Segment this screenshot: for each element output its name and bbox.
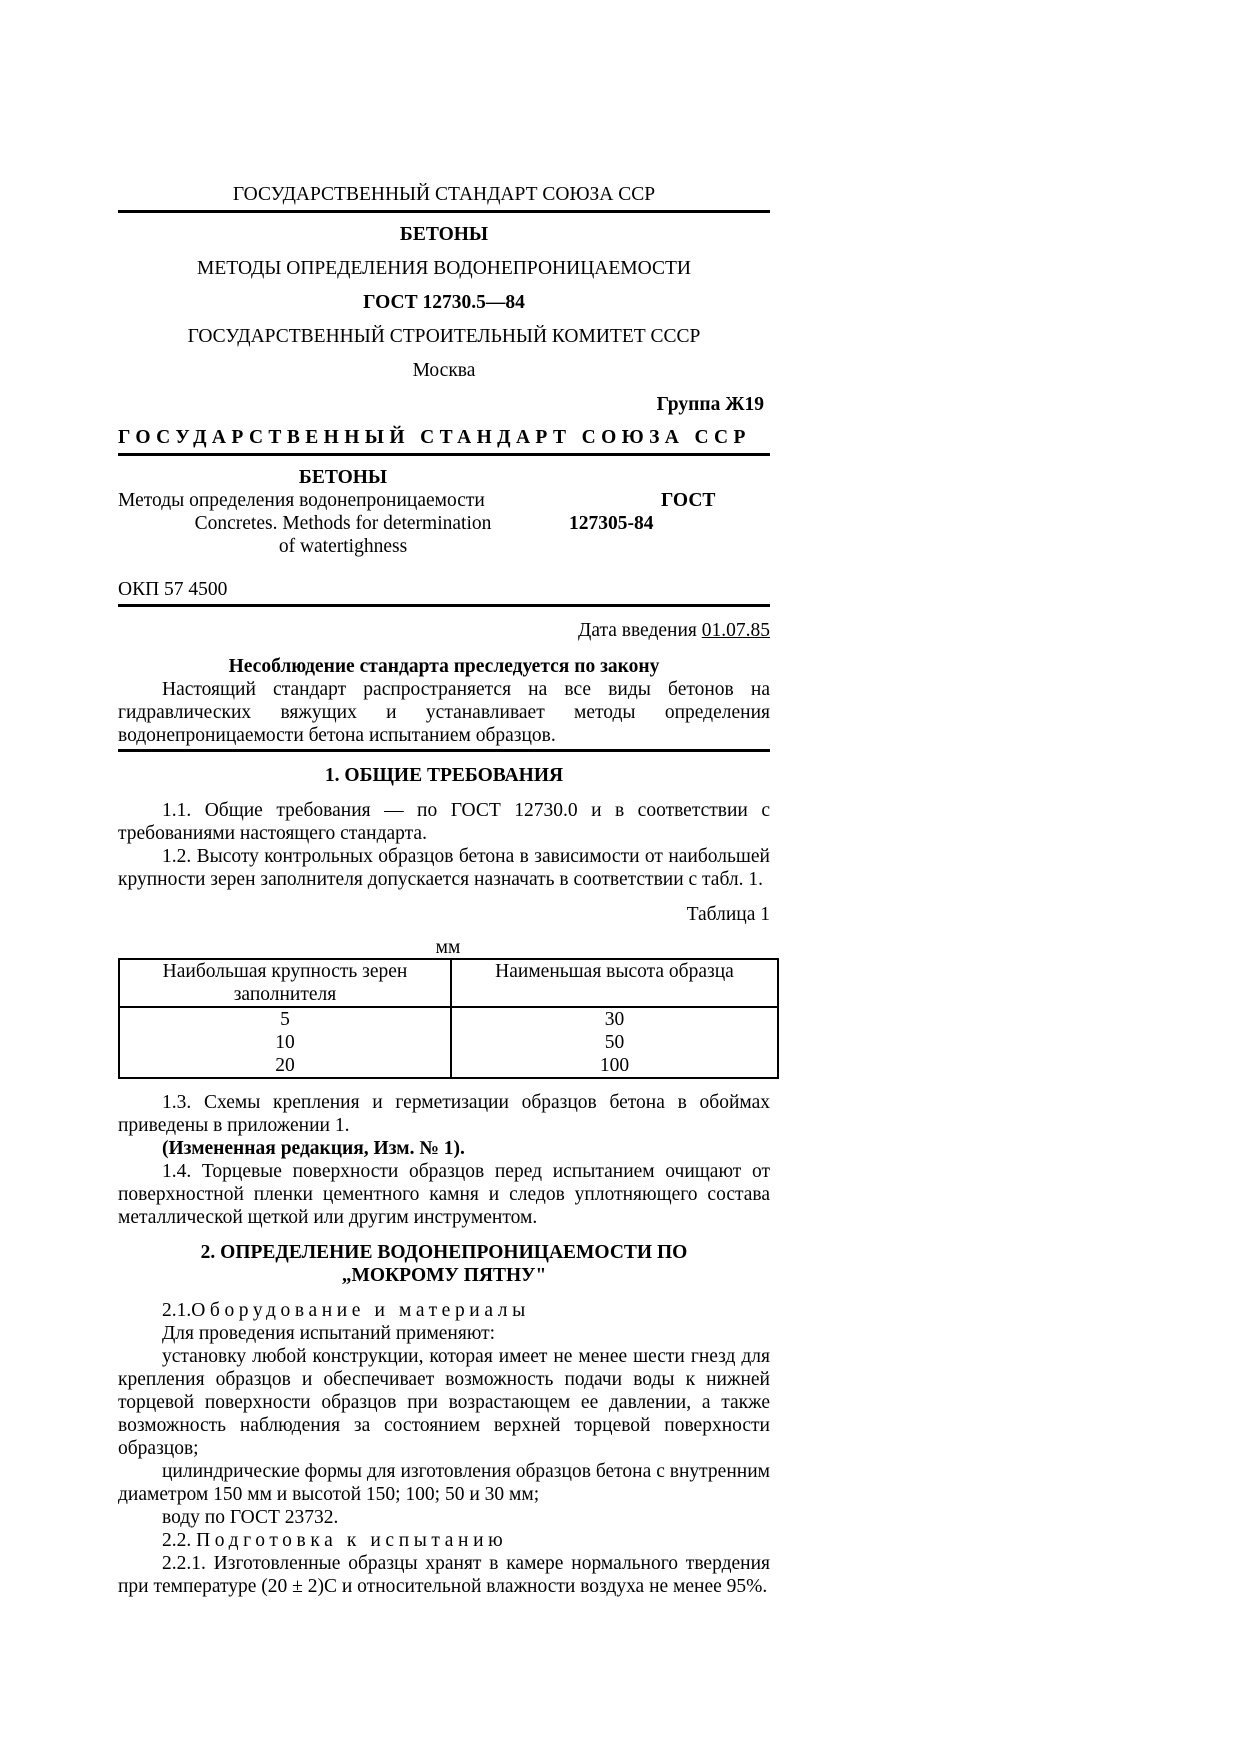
table-header-row: Наибольшая крупность зерен заполнителя Н… bbox=[119, 959, 778, 1007]
table-1-unit: мм bbox=[118, 938, 778, 958]
section-2-heading-line-2: „МОКРОМУ ПЯТНУ" bbox=[118, 1264, 770, 1287]
effective-date: Дата введения 01.07.85 bbox=[118, 617, 770, 645]
paragraph-forms: цилиндрические формы для изготовления об… bbox=[118, 1460, 770, 1506]
header-title: БЕТОНЫ bbox=[118, 466, 568, 489]
cover-committee: ГОСУДАРСТВЕННЫЙ СТРОИТЕЛЬНЫЙ КОМИТЕТ ССС… bbox=[118, 323, 770, 351]
paragraph-1-3: 1.3. Схемы крепления и герметизации обра… bbox=[118, 1091, 770, 1137]
paragraph-2-1-number: 2.1. bbox=[162, 1300, 191, 1321]
table-row: 5 10 20 30 50 100 bbox=[119, 1007, 778, 1078]
group-code: Группа Ж19 bbox=[118, 391, 770, 419]
cover-title: БЕТОНЫ bbox=[118, 221, 770, 249]
table-1: Наибольшая крупность зерен заполнителя Н… bbox=[118, 958, 779, 1079]
paragraph-1-2: 1.2. Высоту контрольных образцов бетона … bbox=[118, 845, 770, 891]
paragraph-2-2: 2.2. Подготовка к испытанию bbox=[118, 1529, 770, 1552]
table-cell: 50 bbox=[452, 1031, 777, 1054]
table-cell: 30 bbox=[452, 1008, 777, 1031]
warning-text: Несоблюдение стандарта преследуется по з… bbox=[118, 655, 770, 678]
cover-city: Москва bbox=[118, 357, 770, 385]
table-header-cell: Наибольшая крупность зерен заполнителя bbox=[119, 959, 451, 1007]
paragraph-2-2-number: 2.2. bbox=[162, 1530, 196, 1551]
paragraph-water: воду по ГОСТ 23732. bbox=[118, 1506, 770, 1529]
paragraph-2-2-1: 2.2.1. Изготовленные образцы хранят в ка… bbox=[118, 1552, 770, 1598]
cover-subtitle: МЕТОДЫ ОПРЕДЕЛЕНИЯ ВОДОНЕПРОНИЦАЕМОСТИ bbox=[118, 255, 770, 283]
header-title-en-2: of watertighness bbox=[118, 535, 568, 558]
paragraph-2-2-title: Подготовка к испытанию bbox=[196, 1530, 507, 1551]
table-cell: 5 bbox=[120, 1008, 450, 1031]
section-2-heading-line-1: 2. ОПРЕДЕЛЕНИЕ ВОДОНЕПРОНИЦАЕМОСТИ ПО bbox=[118, 1241, 770, 1264]
amendment-note: (Измененная редакция, Изм. № 1). bbox=[118, 1137, 770, 1160]
cover-gost: ГОСТ 12730.5—84 bbox=[118, 289, 770, 317]
table-cell: 100 bbox=[452, 1054, 777, 1077]
paragraph-2-1: 2.1.Оборудование и материалы bbox=[118, 1299, 770, 1322]
section-1-heading: 1. ОБЩИЕ ТРЕБОВАНИЯ bbox=[118, 764, 770, 787]
okp-code: ОКП 57 4500 bbox=[118, 576, 770, 607]
cover-org: ГОСУДАРСТВЕННЫЙ СТАНДАРТ СОЮЗА ССР bbox=[118, 180, 770, 213]
paragraph-install: установку любой конструкции, которая име… bbox=[118, 1345, 770, 1460]
table-cell: 20 bbox=[120, 1054, 450, 1077]
intro-text: Настоящий стандарт распространяется на в… bbox=[118, 678, 770, 752]
header-gost-label: ГОСТ bbox=[661, 489, 715, 512]
paragraph-2-1-title: Оборудование и материалы bbox=[191, 1300, 530, 1321]
date-value: 01.07.85 bbox=[702, 620, 770, 641]
paragraph-1-4: 1.4. Торцевые поверхности образцов перед… bbox=[118, 1160, 770, 1229]
header-org: ГОСУДАРСТВЕННЫЙ СТАНДАРТ СОЮЗА ССР bbox=[118, 423, 770, 456]
table-cell: 10 bbox=[120, 1031, 450, 1054]
header-gost-number: 127305-84 bbox=[569, 512, 654, 535]
document-page: ГОСУДАРСТВЕННЫЙ СТАНДАРТ СОЮЗА ССР БЕТОН… bbox=[118, 180, 770, 1598]
header-title-ru: Методы определения водонепроницаемости bbox=[118, 489, 485, 512]
paragraph-apply: Для проведения испытаний применяют: bbox=[118, 1322, 770, 1345]
section-2-heading: 2. ОПРЕДЕЛЕНИЕ ВОДОНЕПРОНИЦАЕМОСТИ ПО „М… bbox=[118, 1241, 770, 1287]
title-block: БЕТОНЫ Методы определения водонепроницае… bbox=[118, 466, 770, 576]
paragraph-1-1: 1.1. Общие требования — по ГОСТ 12730.0 … bbox=[118, 799, 770, 845]
header-title-en-1: Concretes. Methods for determination bbox=[118, 512, 568, 535]
table-1-label: Таблица 1 bbox=[118, 903, 770, 926]
table-header-cell: Наименьшая высота образца bbox=[451, 959, 778, 1007]
date-label: Дата введения bbox=[578, 620, 697, 641]
